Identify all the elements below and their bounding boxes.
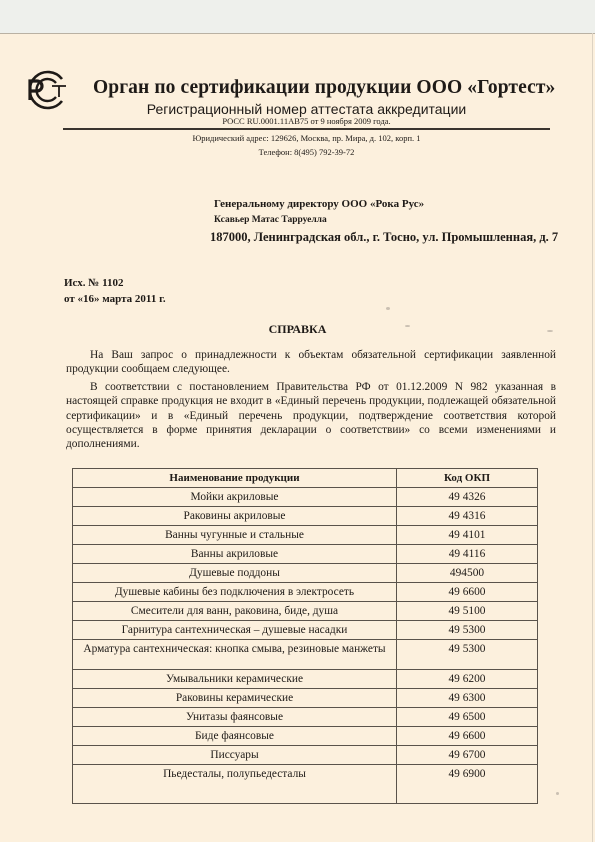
outgoing-number: Исх. № 1102 [64, 277, 124, 289]
okp-code: 49 4326 [397, 488, 538, 507]
scan-speck [386, 307, 390, 310]
table-row: Раковины керамические49 6300 [73, 689, 538, 708]
product-name: Мойки акриловые [73, 488, 397, 507]
product-name: Душевые поддоны [73, 564, 397, 583]
okp-code: 49 6600 [397, 727, 538, 746]
table-row: Пьедесталы, полупьедесталы49 6900 [73, 765, 538, 804]
product-name: Умывальники керамические [73, 670, 397, 689]
legal-address: Юридический адрес: 129626, Москва, пр. М… [63, 133, 550, 143]
okp-code: 49 4116 [397, 545, 538, 564]
product-name: Ванны акриловые [73, 545, 397, 564]
accreditation-number: РОСС RU.0001.11АВ75 от 9 ноября 2009 год… [63, 116, 550, 126]
okp-code: 49 6500 [397, 708, 538, 727]
products-table: Наименование продукции Код ОКП Мойки акр… [72, 468, 538, 804]
recipient-address: 187000, Ленинградская обл., г. Тосно, ул… [210, 230, 558, 245]
outgoing-date: от «16» марта 2011 г. [64, 293, 166, 305]
okp-code: 49 6300 [397, 689, 538, 708]
table-row: Ванны чугунные и стальные49 4101 [73, 526, 538, 545]
table-row: Арматура сантехническая: кнопка смыва, р… [73, 640, 538, 670]
scan-top-margin [0, 0, 595, 34]
accreditation-label: Регистрационный номер аттестата аккредит… [63, 101, 550, 117]
okp-code: 49 6900 [397, 765, 538, 804]
page-edge [592, 33, 593, 842]
product-name: Смесители для ванн, раковина, биде, душа [73, 602, 397, 621]
rst-certification-mark-icon [22, 70, 68, 110]
table-row: Унитазы фаянсовые49 6500 [73, 708, 538, 727]
table-row: Писсуары49 6700 [73, 746, 538, 765]
scan-speck [556, 792, 559, 795]
okp-code: 49 5300 [397, 640, 538, 670]
product-name: Унитазы фаянсовые [73, 708, 397, 727]
header-divider [63, 128, 550, 130]
product-name: Писсуары [73, 746, 397, 765]
table-row: Душевые поддоны494500 [73, 564, 538, 583]
product-name: Ванны чугунные и стальные [73, 526, 397, 545]
table-row: Ванны акриловые49 4116 [73, 545, 538, 564]
okp-code: 49 5300 [397, 621, 538, 640]
product-name: Биде фаянсовые [73, 727, 397, 746]
table-row: Душевые кабины без подключения в электро… [73, 583, 538, 602]
recipient-position: Генеральному директору ООО «Рока Рус» [214, 198, 424, 210]
paragraph-request: На Ваш запрос о принадлежности к объекта… [66, 348, 556, 377]
okp-code: 49 4101 [397, 526, 538, 545]
okp-code: 494500 [397, 564, 538, 583]
product-name: Гарнитура сантехническая – душевые насад… [73, 621, 397, 640]
document-title: СПРАВКА [0, 322, 595, 337]
column-header-code: Код ОКП [397, 469, 538, 488]
table-row: Умывальники керамические49 6200 [73, 670, 538, 689]
table-header-row: Наименование продукции Код ОКП [73, 469, 538, 488]
organization-title: Орган по сертификации продукции ООО «Гор… [93, 77, 555, 99]
okp-code: 49 4316 [397, 507, 538, 526]
product-name: Душевые кабины без подключения в электро… [73, 583, 397, 602]
scan-speck [405, 325, 410, 327]
okp-code: 49 6600 [397, 583, 538, 602]
table-row: Мойки акриловые49 4326 [73, 488, 538, 507]
okp-code: 49 6200 [397, 670, 538, 689]
recipient-name: Ксавьер Матас Тарруелла [214, 215, 327, 225]
table-row: Биде фаянсовые49 6600 [73, 727, 538, 746]
product-name: Раковины акриловые [73, 507, 397, 526]
product-name: Арматура сантехническая: кнопка смыва, р… [73, 640, 397, 670]
table-row: Гарнитура сантехническая – душевые насад… [73, 621, 538, 640]
paragraph-regulation: В соответствии с постановлением Правител… [66, 380, 556, 451]
table-row: Раковины акриловые49 4316 [73, 507, 538, 526]
okp-code: 49 6700 [397, 746, 538, 765]
column-header-name: Наименование продукции [73, 469, 397, 488]
table-row: Смесители для ванн, раковина, биде, душа… [73, 602, 538, 621]
phone-number: Телефон: 8(495) 792-39-72 [63, 147, 550, 157]
product-name: Раковины керамические [73, 689, 397, 708]
scan-speck [547, 330, 553, 332]
product-name: Пьедесталы, полупьедесталы [73, 765, 397, 804]
okp-code: 49 5100 [397, 602, 538, 621]
